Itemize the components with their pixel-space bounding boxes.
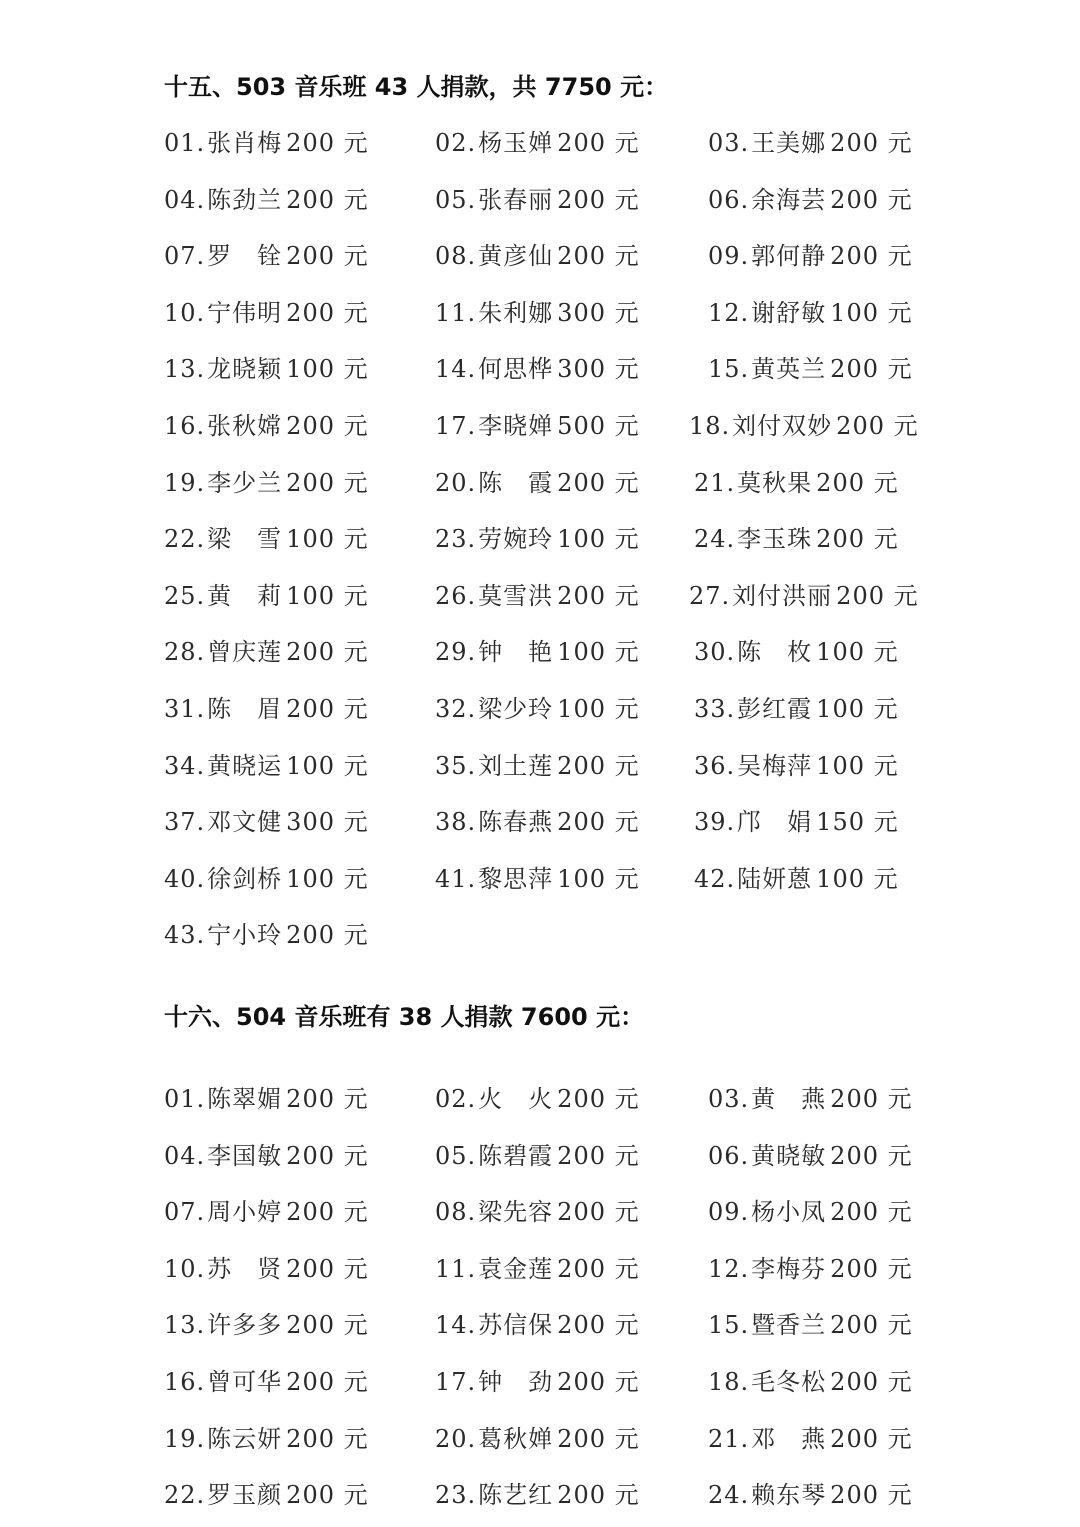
donor-entry: 06.黄晓敏200 元: [708, 1141, 913, 1171]
donor-entry: 42.陆妍蒽100 元: [694, 864, 899, 894]
entry-number: 12.: [708, 1255, 749, 1283]
donation-amount: 200 元: [816, 469, 898, 497]
donor-name: 刘付双妙: [732, 412, 832, 440]
donation-amount: 200 元: [286, 695, 368, 723]
donor-entry: 32.梁少玲100 元: [435, 694, 640, 724]
donor-entry: 15.黄英兰200 元: [708, 354, 913, 384]
donation-amount: 200 元: [286, 1142, 368, 1170]
donor-entry: 22.罗玉颜200 元: [164, 1480, 369, 1510]
donor-entry: 10.苏 贤200 元: [164, 1254, 369, 1284]
donor-name: 李玉珠: [737, 525, 812, 553]
donation-amount: 200 元: [286, 186, 368, 214]
donor-name: 邓 燕: [751, 1425, 826, 1453]
entry-number: 18.: [689, 412, 730, 440]
donor-entry: 13.许多多200 元: [164, 1310, 369, 1340]
donation-amount: 200 元: [286, 412, 368, 440]
donation-amount: 100 元: [286, 582, 368, 610]
donor-entry: 29.钟 艳100 元: [435, 637, 640, 667]
donation-amount: 200 元: [830, 355, 912, 383]
donation-amount: 200 元: [557, 1481, 639, 1509]
donor-name: 陈 枚: [737, 638, 812, 666]
donor-name: 陈翠媚: [207, 1085, 282, 1113]
donor-entry: 27.刘付洪丽200 元: [689, 581, 919, 611]
donor-entry: 07.罗 铨200 元: [164, 241, 369, 271]
donation-amount: 200 元: [830, 129, 912, 157]
entry-number: 31.: [164, 695, 205, 723]
entry-number: 15.: [708, 355, 749, 383]
entry-number: 15.: [708, 1311, 749, 1339]
donor-name: 杨小凤: [751, 1198, 826, 1226]
donation-amount: 100 元: [816, 865, 898, 893]
donation-amount: 200 元: [557, 469, 639, 497]
entry-number: 23.: [435, 525, 476, 553]
donor-entry: 21.邓 燕200 元: [708, 1424, 913, 1454]
donation-amount: 100 元: [816, 638, 898, 666]
donor-entry: 17.李晓婵500 元: [435, 411, 640, 441]
donation-amount: 200 元: [557, 1085, 639, 1113]
entry-number: 36.: [694, 752, 735, 780]
donor-entry: 25.黄 莉100 元: [164, 581, 369, 611]
donor-entry: 43.宁小玲200 元: [164, 920, 369, 950]
entry-number: 22.: [164, 1481, 205, 1509]
donor-name: 葛秋婵: [478, 1425, 553, 1453]
donor-entry: 41.黎思萍100 元: [435, 864, 640, 894]
donor-name: 郭何静: [751, 242, 826, 270]
donor-name: 吴梅萍: [737, 752, 812, 780]
donor-name: 陈艺红: [478, 1481, 553, 1509]
entry-number: 19.: [164, 469, 205, 497]
entry-number: 33.: [694, 695, 735, 723]
donor-entry: 08.黄彦仙200 元: [435, 241, 640, 271]
donation-amount: 200 元: [557, 129, 639, 157]
entry-number: 07.: [164, 242, 205, 270]
donor-name: 刘土莲: [478, 752, 553, 780]
donation-amount: 200 元: [557, 186, 639, 214]
donor-name: 陆妍蒽: [737, 865, 812, 893]
donation-amount: 300 元: [557, 299, 639, 327]
donor-name: 许多多: [207, 1311, 282, 1339]
entry-number: 14.: [435, 355, 476, 383]
donation-amount: 200 元: [286, 921, 368, 949]
donor-entry: 40.徐剑桥100 元: [164, 864, 369, 894]
donor-name: 曾可华: [207, 1368, 282, 1396]
donor-name: 陈碧霞: [478, 1142, 553, 1170]
entry-number: 28.: [164, 638, 205, 666]
donor-name: 李梅芬: [751, 1255, 826, 1283]
donor-entry: 13.龙晓颖100 元: [164, 354, 369, 384]
entry-number: 08.: [435, 242, 476, 270]
donor-entry: 12.李梅芬200 元: [708, 1254, 913, 1284]
entry-number: 05.: [435, 186, 476, 214]
donor-entry: 37.邓文健300 元: [164, 807, 369, 837]
entry-number: 17.: [435, 412, 476, 440]
donor-entry: 09.郭何静200 元: [708, 241, 913, 271]
donor-entry: 04.李国敏200 元: [164, 1141, 369, 1171]
donation-amount: 200 元: [557, 1311, 639, 1339]
donation-amount: 100 元: [816, 695, 898, 723]
donor-entry: 05.陈碧霞200 元: [435, 1141, 640, 1171]
donation-amount: 200 元: [286, 1481, 368, 1509]
donor-entry: 20.陈 霞200 元: [435, 468, 640, 498]
donor-name: 梁少玲: [478, 695, 553, 723]
donor-entry: 11.朱利娜300 元: [435, 298, 640, 328]
donor-entry: 16.曾可华200 元: [164, 1367, 369, 1397]
entry-number: 10.: [164, 299, 205, 327]
donation-amount: 200 元: [286, 1255, 368, 1283]
donor-entry: 09.杨小凤200 元: [708, 1197, 913, 1227]
entry-number: 02.: [435, 129, 476, 157]
donation-amount: 200 元: [286, 1368, 368, 1396]
donation-amount: 150 元: [816, 808, 898, 836]
donation-amount: 100 元: [557, 638, 639, 666]
donor-entry: 35.刘土莲200 元: [435, 751, 640, 781]
donation-amount: 200 元: [830, 186, 912, 214]
donor-name: 李少兰: [207, 469, 282, 497]
entry-number: 03.: [708, 129, 749, 157]
donation-amount: 200 元: [830, 1142, 912, 1170]
entry-number: 35.: [435, 752, 476, 780]
donation-amount: 200 元: [557, 752, 639, 780]
entry-number: 03.: [708, 1085, 749, 1113]
donor-entry: 19.李少兰200 元: [164, 468, 369, 498]
donor-name: 陈 霞: [478, 469, 553, 497]
donation-amount: 200 元: [830, 1198, 912, 1226]
entry-number: 14.: [435, 1311, 476, 1339]
donor-entry: 14.何思桦300 元: [435, 354, 640, 384]
donation-amount: 200 元: [286, 129, 368, 157]
donor-entry: 31.陈 眉200 元: [164, 694, 369, 724]
donation-amount: 200 元: [557, 808, 639, 836]
donor-entry: 23.劳婉玲100 元: [435, 524, 640, 554]
donor-entry: 11.袁金莲200 元: [435, 1254, 640, 1284]
donor-entry: 36.吴梅萍100 元: [694, 751, 899, 781]
entry-number: 37.: [164, 808, 205, 836]
donor-entry: 02.杨玉婵200 元: [435, 128, 640, 158]
donor-entry: 06.余海芸200 元: [708, 185, 913, 215]
entry-number: 41.: [435, 865, 476, 893]
donation-amount: 300 元: [286, 808, 368, 836]
donor-name: 曾庆莲: [207, 638, 282, 666]
donation-amount: 200 元: [286, 242, 368, 270]
donor-entry: 03.王美娜200 元: [708, 128, 913, 158]
donation-amount: 200 元: [830, 242, 912, 270]
donor-name: 张秋嫦: [207, 412, 282, 440]
donation-amount: 100 元: [286, 865, 368, 893]
donor-entry: 21.莫秋果200 元: [694, 468, 899, 498]
donor-name: 赖东琴: [751, 1481, 826, 1509]
donor-name: 邝 娟: [737, 808, 812, 836]
entry-number: 04.: [164, 186, 205, 214]
donation-amount: 200 元: [557, 1198, 639, 1226]
donor-name: 袁金莲: [478, 1255, 553, 1283]
donation-amount: 300 元: [557, 355, 639, 383]
donor-name: 梁先容: [478, 1198, 553, 1226]
donation-amount: 200 元: [286, 1311, 368, 1339]
entry-number: 05.: [435, 1142, 476, 1170]
donor-entry: 01.陈翠媚200 元: [164, 1084, 369, 1114]
donation-amount: 200 元: [816, 525, 898, 553]
donor-name: 火 火: [478, 1085, 553, 1113]
donation-amount: 200 元: [830, 1481, 912, 1509]
donor-name: 陈劲兰: [207, 186, 282, 214]
donor-entry: 22.梁 雪100 元: [164, 524, 369, 554]
donation-amount: 200 元: [830, 1425, 912, 1453]
donation-amount: 200 元: [557, 1368, 639, 1396]
donation-amount: 200 元: [830, 1311, 912, 1339]
donation-amount: 200 元: [557, 582, 639, 610]
donor-entry: 24.赖东琴200 元: [708, 1480, 913, 1510]
donation-amount: 200 元: [286, 1198, 368, 1226]
donation-amount: 100 元: [816, 752, 898, 780]
donation-amount: 200 元: [286, 638, 368, 666]
donor-entry: 03.黄 燕200 元: [708, 1084, 913, 1114]
entry-number: 09.: [708, 242, 749, 270]
donor-name: 龙晓颖: [207, 355, 282, 383]
donor-name: 宁小玲: [207, 921, 282, 949]
entry-number: 30.: [694, 638, 735, 666]
entry-number: 02.: [435, 1085, 476, 1113]
donation-amount: 100 元: [286, 752, 368, 780]
donor-name: 黄英兰: [751, 355, 826, 383]
entry-number: 12.: [708, 299, 749, 327]
donor-name: 邓文健: [207, 808, 282, 836]
donation-amount: 200 元: [557, 1142, 639, 1170]
entry-number: 40.: [164, 865, 205, 893]
entry-number: 38.: [435, 808, 476, 836]
entry-number: 10.: [164, 1255, 205, 1283]
donor-entry: 12.谢舒敏100 元: [708, 298, 913, 328]
entry-number: 13.: [164, 355, 205, 383]
donation-amount: 200 元: [557, 242, 639, 270]
donor-entry: 38.陈春燕200 元: [435, 807, 640, 837]
donor-entry: 04.陈劲兰200 元: [164, 185, 369, 215]
donor-entry: 17.钟 劲200 元: [435, 1367, 640, 1397]
entry-number: 09.: [708, 1198, 749, 1226]
donor-name: 陈春燕: [478, 808, 553, 836]
entry-number: 13.: [164, 1311, 205, 1339]
donation-amount: 200 元: [286, 1085, 368, 1113]
donor-name: 张肖梅: [207, 129, 282, 157]
entry-number: 19.: [164, 1425, 205, 1453]
entry-number: 29.: [435, 638, 476, 666]
donor-name: 劳婉玲: [478, 525, 553, 553]
entry-number: 01.: [164, 129, 205, 157]
donor-entry: 05.张春丽200 元: [435, 185, 640, 215]
entry-number: 21.: [708, 1425, 749, 1453]
donor-name: 钟 劲: [478, 1368, 553, 1396]
entry-number: 25.: [164, 582, 205, 610]
donor-name: 黄 燕: [751, 1085, 826, 1113]
donor-name: 黄晓敏: [751, 1142, 826, 1170]
donor-entry: 14.苏信保200 元: [435, 1310, 640, 1340]
donation-amount: 200 元: [830, 1085, 912, 1113]
donation-amount: 100 元: [286, 355, 368, 383]
donor-name: 王美娜: [751, 129, 826, 157]
entry-number: 34.: [164, 752, 205, 780]
donor-name: 刘付洪丽: [732, 582, 832, 610]
donor-entry: 01.张肖梅200 元: [164, 128, 369, 158]
donation-amount: 200 元: [557, 1425, 639, 1453]
donor-entry: 16.张秋嫦200 元: [164, 411, 369, 441]
entry-number: 04.: [164, 1142, 205, 1170]
donor-name: 陈云妍: [207, 1425, 282, 1453]
entry-number: 22.: [164, 525, 205, 553]
entry-number: 06.: [708, 186, 749, 214]
donor-name: 余海芸: [751, 186, 826, 214]
donation-amount: 200 元: [286, 299, 368, 327]
donor-name: 黄彦仙: [478, 242, 553, 270]
entry-number: 17.: [435, 1368, 476, 1396]
donor-entry: 26.莫雪洪200 元: [435, 581, 640, 611]
donor-name: 苏信保: [478, 1311, 553, 1339]
section-heading-504: 十六、504 音乐班有 38 人捐款 7600 元：: [164, 1002, 644, 1032]
donor-entry: 10.宁伟明200 元: [164, 298, 369, 328]
donor-entry: 20.葛秋婵200 元: [435, 1424, 640, 1454]
entry-number: 11.: [435, 299, 476, 327]
entry-number: 20.: [435, 469, 476, 497]
donor-name: 彭红霞: [737, 695, 812, 723]
donor-entry: 34.黄晓运100 元: [164, 751, 369, 781]
donation-amount: 200 元: [286, 469, 368, 497]
donor-entry: 23.陈艺红200 元: [435, 1480, 640, 1510]
entry-number: 18.: [708, 1368, 749, 1396]
donor-entry: 39.邝 娟150 元: [694, 807, 899, 837]
donor-name: 何思桦: [478, 355, 553, 383]
entry-number: 21.: [694, 469, 735, 497]
entry-number: 07.: [164, 1198, 205, 1226]
donor-name: 徐剑桥: [207, 865, 282, 893]
donor-name: 黎思萍: [478, 865, 553, 893]
entry-number: 20.: [435, 1425, 476, 1453]
entry-number: 06.: [708, 1142, 749, 1170]
donor-entry: 28.曾庆莲200 元: [164, 637, 369, 667]
donor-name: 莫秋果: [737, 469, 812, 497]
entry-number: 27.: [689, 582, 730, 610]
entry-number: 16.: [164, 412, 205, 440]
donation-amount: 100 元: [557, 865, 639, 893]
donor-name: 钟 艳: [478, 638, 553, 666]
donation-amount: 200 元: [830, 1255, 912, 1283]
entry-number: 39.: [694, 808, 735, 836]
donor-name: 黄晓运: [207, 752, 282, 780]
donor-name: 莫雪洪: [478, 582, 553, 610]
donor-entry: 19.陈云妍200 元: [164, 1424, 369, 1454]
donor-entry: 15.暨香兰200 元: [708, 1310, 913, 1340]
donor-entry: 08.梁先容200 元: [435, 1197, 640, 1227]
entry-number: 42.: [694, 865, 735, 893]
donor-entry: 18.毛冬松200 元: [708, 1367, 913, 1397]
donor-name: 张春丽: [478, 186, 553, 214]
donor-name: 毛冬松: [751, 1368, 826, 1396]
section-heading-503: 十五、503 音乐班 43 人捐款，共 7750 元：: [164, 72, 668, 102]
donor-name: 罗玉颜: [207, 1481, 282, 1509]
entry-number: 16.: [164, 1368, 205, 1396]
donation-amount: 100 元: [830, 299, 912, 327]
entry-number: 26.: [435, 582, 476, 610]
donor-name: 李晓婵: [478, 412, 553, 440]
donor-name: 杨玉婵: [478, 129, 553, 157]
entry-number: 11.: [435, 1255, 476, 1283]
donor-name: 黄 莉: [207, 582, 282, 610]
donor-entry: 33.彭红霞100 元: [694, 694, 899, 724]
donor-entry: 30.陈 枚100 元: [694, 637, 899, 667]
entry-number: 01.: [164, 1085, 205, 1113]
entry-number: 23.: [435, 1481, 476, 1509]
donor-name: 梁 雪: [207, 525, 282, 553]
entry-number: 24.: [708, 1481, 749, 1509]
donation-amount: 100 元: [557, 695, 639, 723]
donation-amount: 200 元: [286, 1425, 368, 1453]
donor-entry: 07.周小婷200 元: [164, 1197, 369, 1227]
donor-name: 苏 贤: [207, 1255, 282, 1283]
entry-number: 32.: [435, 695, 476, 723]
donor-name: 暨香兰: [751, 1311, 826, 1339]
donor-entry: 02.火 火200 元: [435, 1084, 640, 1114]
entry-number: 43.: [164, 921, 205, 949]
donation-amount: 200 元: [836, 582, 918, 610]
donation-amount: 100 元: [557, 525, 639, 553]
donor-name: 周小婷: [207, 1198, 282, 1226]
entry-number: 08.: [435, 1198, 476, 1226]
donor-name: 宁伟明: [207, 299, 282, 327]
donor-name: 谢舒敏: [751, 299, 826, 327]
entry-number: 24.: [694, 525, 735, 553]
donor-entry: 18.刘付双妙200 元: [689, 411, 919, 441]
donation-amount: 100 元: [286, 525, 368, 553]
donor-name: 罗 铨: [207, 242, 282, 270]
donation-amount: 500 元: [557, 412, 639, 440]
donor-entry: 24.李玉珠200 元: [694, 524, 899, 554]
donation-amount: 200 元: [557, 1255, 639, 1283]
donor-name: 李国敏: [207, 1142, 282, 1170]
donation-amount: 200 元: [836, 412, 918, 440]
donor-name: 陈 眉: [207, 695, 282, 723]
donor-name: 朱利娜: [478, 299, 553, 327]
donation-amount: 200 元: [830, 1368, 912, 1396]
